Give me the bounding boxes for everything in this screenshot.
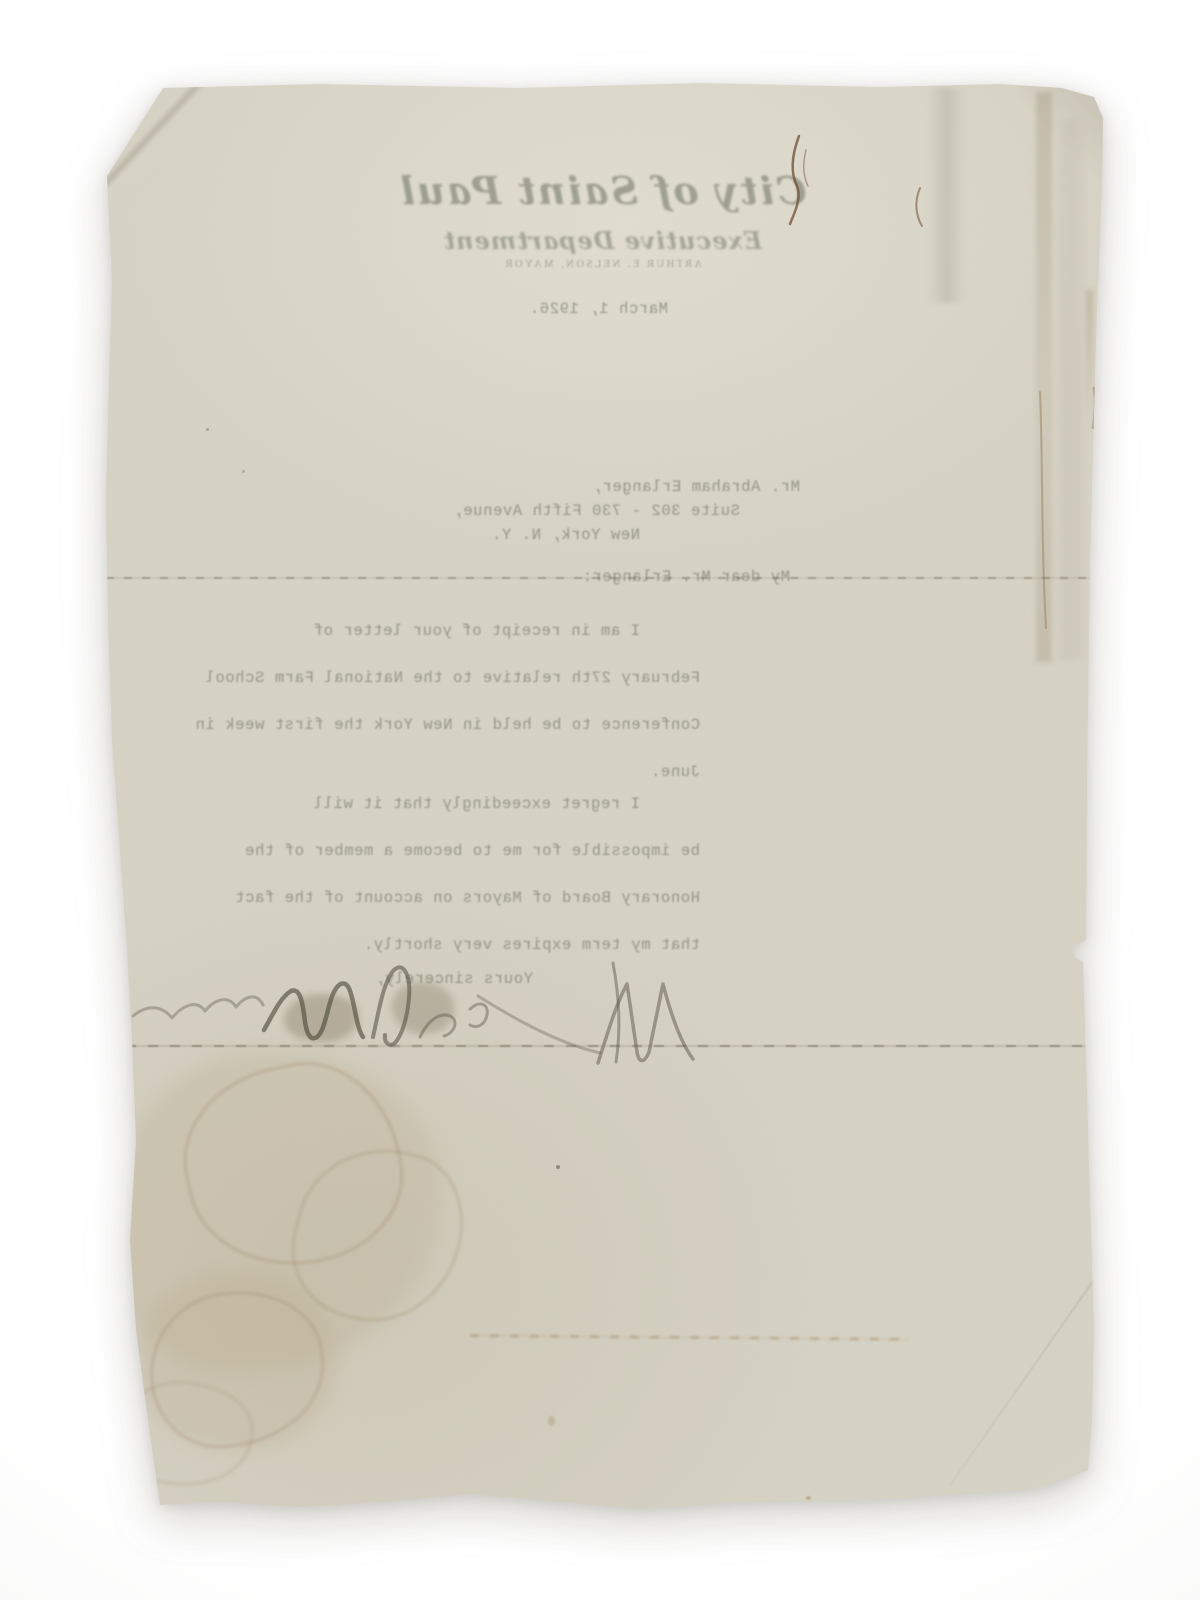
ink-scribble-marks bbox=[0, 0, 1200, 1600]
photo-background: City of Saint Paul Executive Department … bbox=[0, 0, 1200, 1600]
speck bbox=[206, 428, 209, 431]
speck bbox=[242, 470, 245, 473]
speck bbox=[806, 1496, 811, 1500]
paper-sheet: City of Saint Paul Executive Department … bbox=[0, 0, 1200, 1600]
speck bbox=[548, 1416, 555, 1426]
speck bbox=[556, 1165, 560, 1169]
paper-shadow: City of Saint Paul Executive Department … bbox=[0, 0, 1200, 1600]
